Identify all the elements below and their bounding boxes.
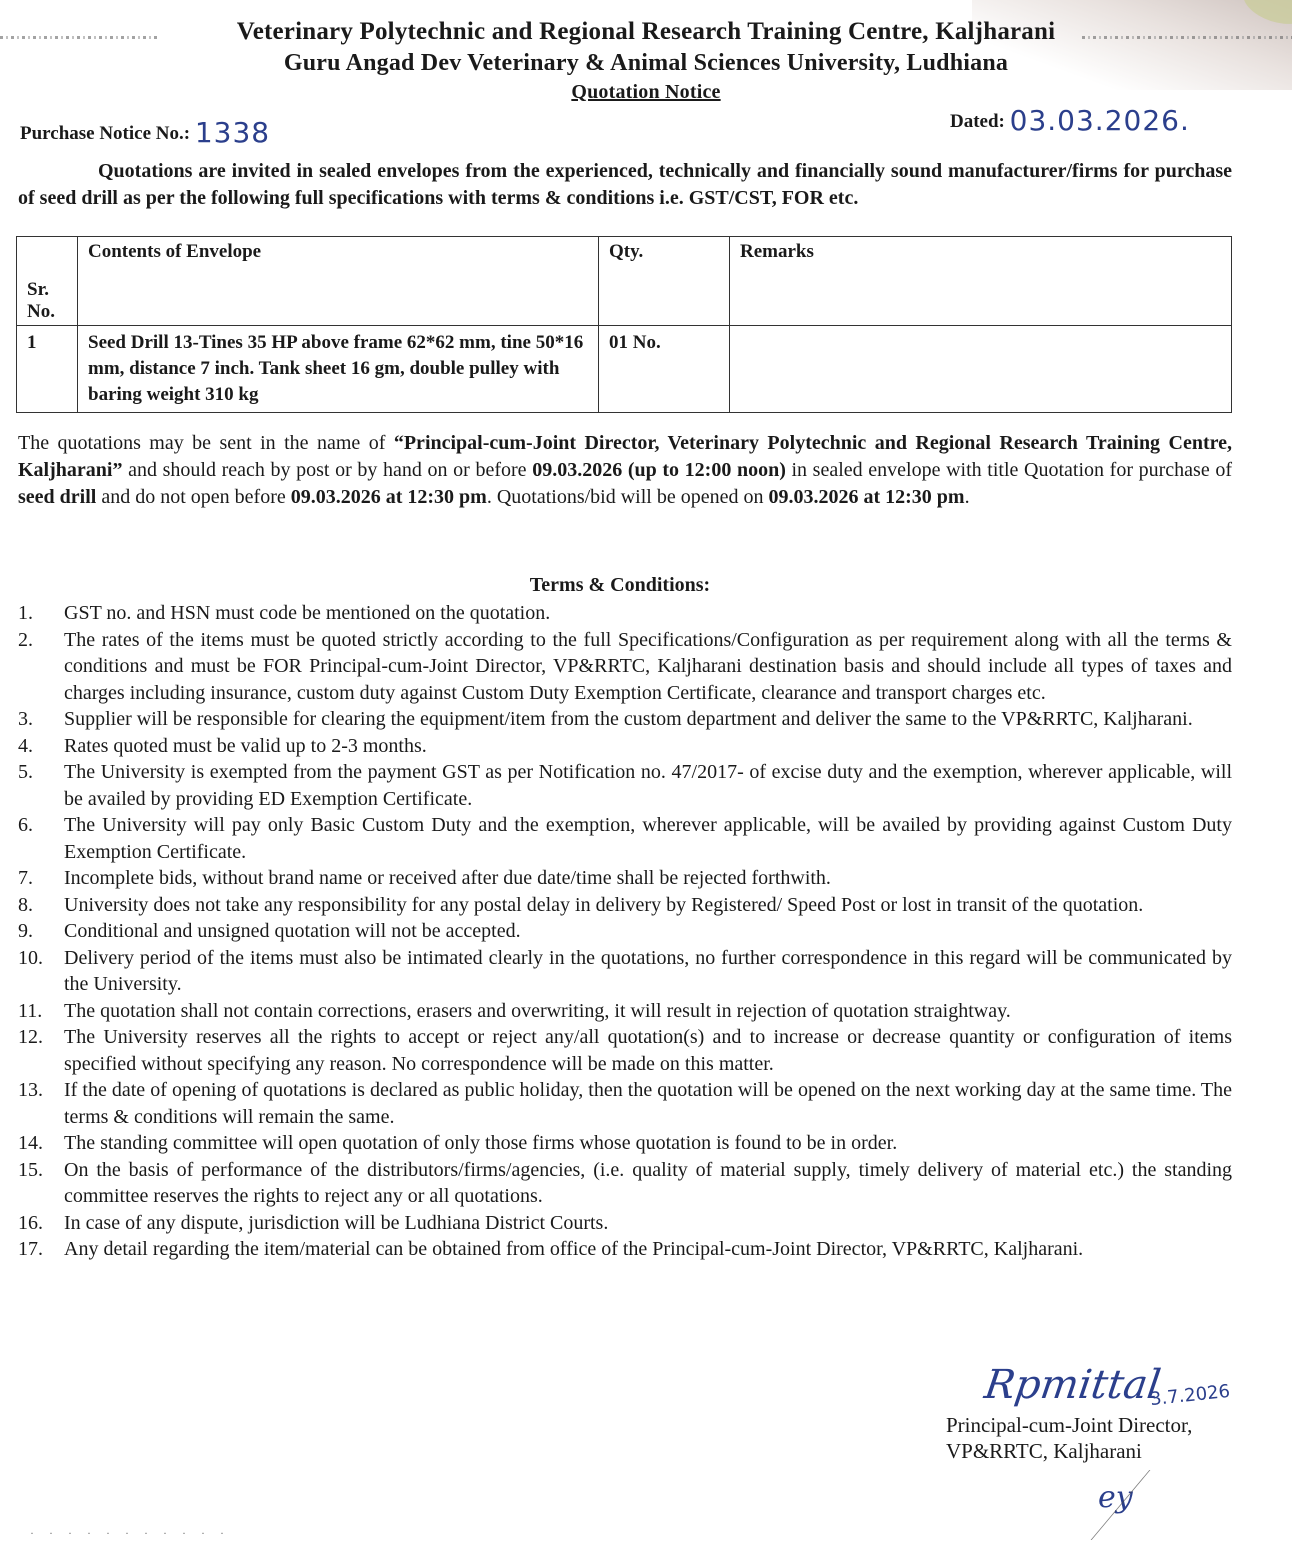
- term-number: 6.: [18, 812, 64, 865]
- term-number: 8.: [18, 892, 64, 919]
- term-number: 1.: [18, 600, 64, 627]
- open-before: 09.03.2026 at 12:30 pm: [291, 486, 487, 508]
- signatory-designation: Principal-cum-Joint Director,: [946, 1412, 1192, 1438]
- intro-paragraph: Quotations are invited in sealed envelop…: [18, 158, 1232, 212]
- term-text: The rates of the items must be quoted st…: [64, 627, 1232, 707]
- term-item: 11.The quotation shall not contain corre…: [18, 998, 1232, 1025]
- term-number: 16.: [18, 1210, 64, 1237]
- dated-label: Dated:: [950, 111, 1005, 132]
- term-text: In case of any dispute, jurisdiction wil…: [64, 1210, 1232, 1237]
- term-item: 2.The rates of the items must be quoted …: [18, 627, 1232, 707]
- term-number: 11.: [18, 998, 64, 1025]
- signature-date: 3.7.2026: [1149, 1381, 1231, 1410]
- institute-name: Veterinary Polytechnic and Regional Rese…: [0, 18, 1292, 46]
- term-number: 17.: [18, 1236, 64, 1263]
- table-header-row: Sr. No. Contents of Envelope Qty. Remark…: [17, 237, 1232, 326]
- submission-text: .: [965, 486, 970, 508]
- term-item: 15.On the basis of performance of the di…: [18, 1157, 1232, 1210]
- term-text: Rates quoted must be valid up to 2-3 mon…: [64, 733, 1232, 760]
- deadline: 09.03.2026 (up to 12:00 noon): [532, 459, 786, 481]
- notice-title: Quotation Notice: [0, 81, 1292, 104]
- term-number: 5.: [18, 759, 64, 812]
- term-item: 4.Rates quoted must be valid up to 2-3 m…: [18, 733, 1232, 760]
- items-table: Sr. No. Contents of Envelope Qty. Remark…: [16, 236, 1232, 413]
- submission-paragraph: The quotations may be sent in the name o…: [18, 430, 1232, 511]
- term-text: The University will pay only Basic Custo…: [64, 812, 1232, 865]
- term-text: Supplier will be responsible for clearin…: [64, 706, 1232, 733]
- terms-list: 1.GST no. and HSN must code be mentioned…: [18, 600, 1232, 1263]
- cell-sr: 1: [17, 326, 78, 413]
- term-text: Conditional and unsigned quotation will …: [64, 918, 1232, 945]
- term-number: 9.: [18, 918, 64, 945]
- term-number: 7.: [18, 865, 64, 892]
- handwritten-signature: Rpmittal: [982, 1362, 1164, 1408]
- term-text: GST no. and HSN must code be mentioned o…: [64, 600, 1232, 627]
- term-text: On the basis of performance of the distr…: [64, 1157, 1232, 1210]
- purchase-notice: Purchase Notice No.: 1338: [20, 116, 270, 149]
- opening-time: 09.03.2026 at 12:30 pm: [768, 486, 964, 508]
- term-number: 15.: [18, 1157, 64, 1210]
- header-sr-no: Sr. No.: [17, 237, 78, 326]
- term-number: 12.: [18, 1024, 64, 1077]
- purchase-notice-number: 1338: [195, 116, 270, 149]
- cell-remarks: [730, 326, 1232, 413]
- term-item: 6.The University will pay only Basic Cus…: [18, 812, 1232, 865]
- terms-title: Terms & Conditions:: [0, 574, 1240, 597]
- table-row: 1 Seed Drill 13-Tines 35 HP above frame …: [17, 326, 1232, 413]
- term-number: 14.: [18, 1130, 64, 1157]
- submission-text: and do not open before: [96, 486, 290, 508]
- item-name: seed drill: [18, 486, 96, 508]
- term-item: 17.Any detail regarding the item/materia…: [18, 1236, 1232, 1263]
- term-text: The University reserves all the rights t…: [64, 1024, 1232, 1077]
- term-text: If the date of opening of quotations is …: [64, 1077, 1232, 1130]
- dated-value: 03.03.2026.: [1010, 104, 1190, 137]
- term-text: University does not take any responsibil…: [64, 892, 1232, 919]
- term-item: 7.Incomplete bids, without brand name or…: [18, 865, 1232, 892]
- term-number: 3.: [18, 706, 64, 733]
- notice-date: Dated: 03.03.2026.: [950, 104, 1190, 137]
- term-text: Incomplete bids, without brand name or r…: [64, 865, 1232, 892]
- header-qty: Qty.: [599, 237, 730, 326]
- term-text: Any detail regarding the item/material c…: [64, 1236, 1232, 1263]
- purchase-notice-label: Purchase Notice No.:: [20, 123, 190, 144]
- submission-text: . Quotations/bid will be opened on: [487, 486, 769, 508]
- term-text: Delivery period of the items must also b…: [64, 945, 1232, 998]
- term-text: The standing committee will open quotati…: [64, 1130, 1232, 1157]
- signatory-office: VP&RRTC, Kaljharani: [946, 1438, 1192, 1464]
- term-text: The quotation shall not contain correcti…: [64, 998, 1232, 1025]
- term-item: 1.GST no. and HSN must code be mentioned…: [18, 600, 1232, 627]
- term-item: 8.University does not take any responsib…: [18, 892, 1232, 919]
- term-item: 12.The University reserves all the right…: [18, 1024, 1232, 1077]
- header-remarks: Remarks: [730, 237, 1232, 326]
- header-contents: Contents of Envelope: [78, 237, 599, 326]
- term-number: 4.: [18, 733, 64, 760]
- submission-text: and should reach by post or by hand on o…: [122, 459, 532, 481]
- term-number: 13.: [18, 1077, 64, 1130]
- cell-qty: 01 No.: [599, 326, 730, 413]
- term-item: 13.If the date of opening of quotations …: [18, 1077, 1232, 1130]
- bleed-through-text: · · · · · · · · · · ·: [30, 1526, 230, 1541]
- signatory-block: Principal-cum-Joint Director, VP&RRTC, K…: [946, 1412, 1192, 1464]
- term-item: 14.The standing committee will open quot…: [18, 1130, 1232, 1157]
- submission-text: in sealed envelope with title Quotation …: [786, 459, 1232, 481]
- term-number: 10.: [18, 945, 64, 998]
- term-item: 5.The University is exempted from the pa…: [18, 759, 1232, 812]
- submission-text: The quotations may be sent in the name o…: [18, 432, 394, 454]
- term-item: 16.In case of any dispute, jurisdiction …: [18, 1210, 1232, 1237]
- cell-contents: Seed Drill 13-Tines 35 HP above frame 62…: [78, 326, 599, 413]
- term-item: 9.Conditional and unsigned quotation wil…: [18, 918, 1232, 945]
- term-number: 2.: [18, 627, 64, 707]
- term-item: 10.Delivery period of the items must als…: [18, 945, 1232, 998]
- term-item: 3.Supplier will be responsible for clear…: [18, 706, 1232, 733]
- university-name: Guru Angad Dev Veterinary & Animal Scien…: [0, 50, 1292, 77]
- term-text: The University is exempted from the paym…: [64, 759, 1232, 812]
